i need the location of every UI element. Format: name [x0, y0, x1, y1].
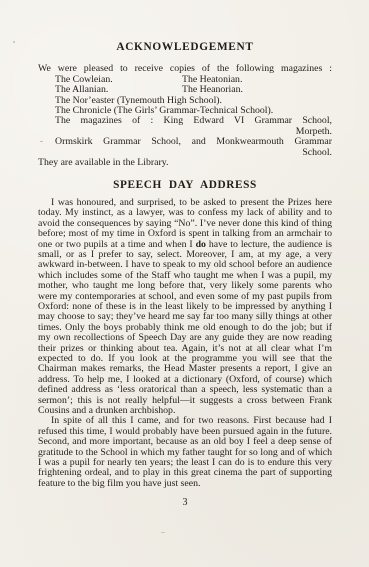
magazine-name: The magazines of : King Edward VI Gramma…: [38, 116, 332, 126]
acknowledgement-heading: ACKNOWLEDGEMENT: [38, 42, 332, 52]
emphasized-word: do: [196, 239, 206, 250]
page-content: ACKNOWLEDGEMENT We were pleased to recei…: [38, 42, 332, 509]
scan-speck: [13, 41, 15, 43]
speech-paragraph-1: I was honoured, and surprised, to be ask…: [38, 198, 332, 417]
availability-note: They are available in the Library.: [38, 158, 332, 168]
scan-speck: [161, 532, 165, 533]
speech-day-address-heading: SPEECH DAY ADDRESS: [38, 180, 332, 190]
paragraph-text: have to lecture, the audience is small, …: [38, 239, 332, 417]
speech-paragraph-2: In spite of all this I came, and for two…: [38, 416, 332, 489]
page-number: 3: [38, 498, 332, 508]
scanned-document-page: ACKNOWLEDGEMENT We were pleased to recei…: [0, 0, 369, 567]
magazine-name: Ormskirk Grammar School, and Monkwearmou…: [38, 137, 332, 147]
